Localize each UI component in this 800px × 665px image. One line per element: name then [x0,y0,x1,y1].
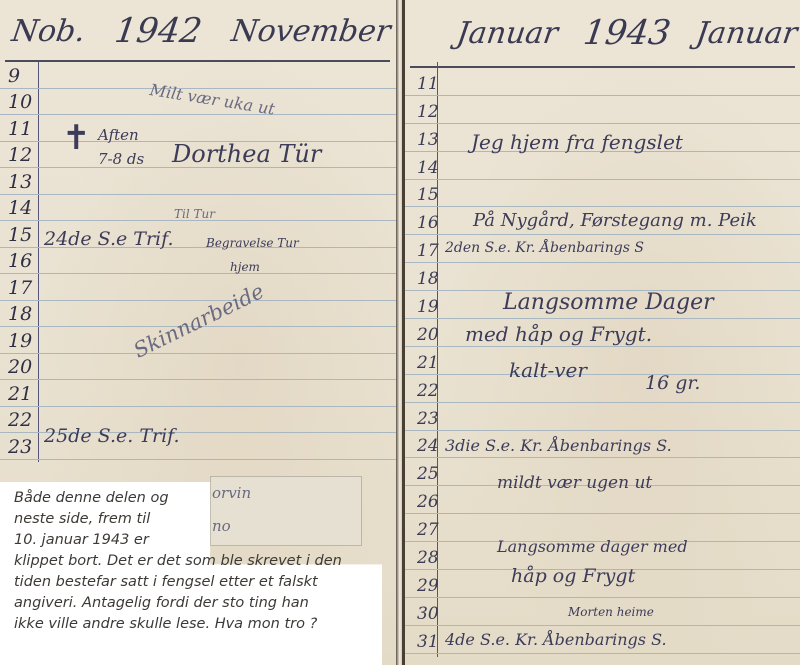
day-number: 26 [417,492,439,512]
day-row: 21 [405,347,800,375]
day-number: 16 [8,250,32,272]
entry-kalt-ver: kalt-ver [509,358,587,382]
day-row: 14 [405,152,800,180]
day-row: 12 [405,96,800,124]
entry-time: 7-8 ds [98,150,144,168]
day-number: 13 [417,130,439,150]
day-row: 16 [0,248,398,275]
header-month-right: Januar [694,16,800,51]
day-number: 21 [417,353,439,373]
day-number: 22 [8,409,32,431]
day-number: 9 [8,65,20,87]
day-number: 10 [8,91,32,113]
day-row: 20 [0,354,398,381]
day-number: 11 [8,118,32,140]
header-year: 1942 [112,11,204,51]
entry-med-hap-1: med håp og Frygt. [465,322,652,346]
day-number: 23 [417,409,439,429]
day-number: 28 [417,548,439,568]
entry-hap-2: håp og Frygt [511,565,635,587]
entry-sunday-24: 24de S.e Trif. [44,228,174,250]
day-row: 21 [0,380,398,407]
entry-mildt-var: mildt vær ugen ut [497,473,652,493]
day-number: 30 [417,604,439,624]
header-abbr: Nob. [10,14,88,49]
note-line: ikke ville andre skulle lese. Hva mon tr… [14,614,384,635]
day-number: 14 [417,158,439,178]
entry-sunday-2: 2den S.e. Kr. Åbenbarings S [445,240,644,256]
entry-dorthea: Dorthea Tür [172,140,321,168]
day-number: 12 [8,144,32,166]
day-number: 17 [417,241,439,261]
day-number: 11 [417,74,439,94]
note-line: Både denne delen og [14,488,384,509]
day-number: 15 [417,185,439,205]
entry-aften: Aften [98,126,139,144]
note-line: klippet bort. Det er det som ble skrevet… [14,551,384,572]
note-line: 10. januar 1943 er [14,530,384,551]
entry-hjem: hjem [230,260,260,274]
day-number: 20 [8,356,32,378]
right-page-header: Januar 1943 Januar [400,0,800,66]
day-row: 11 [405,68,800,96]
day-number: 14 [8,197,32,219]
day-number: 23 [8,436,32,458]
day-number: 18 [8,303,32,325]
cross-icon: ✝ [62,118,91,158]
entry-grader: 16 gr. [645,372,700,394]
day-number: 27 [417,520,439,540]
header-year: 1943 [581,13,673,53]
note-line: tiden bestefar satt i fengsel etter et f… [14,572,384,593]
day-number: 18 [417,269,439,289]
day-number: 20 [417,325,439,345]
entry-morten: Morten heime [568,605,654,619]
day-row: 11 [0,115,398,142]
day-number: 15 [8,224,32,246]
day-row: 13 [0,168,398,195]
entry-til-tur: Til Tur [174,207,215,221]
entry-langsomme-2: Langsomme dager med [497,537,688,556]
day-row: 9 [0,62,398,89]
entry-sunday-25: 25de S.e. Trif. [44,425,180,447]
day-row: 15 [405,180,800,208]
day-number: 19 [8,330,32,352]
overlay-note: Både denne delen og neste side, frem til… [14,488,384,635]
day-number: 29 [417,576,439,596]
note-line: angiveri. Antagelig fordi der sto ting h… [14,593,384,614]
header-month: November [229,14,393,49]
day-number: 22 [417,381,439,401]
entry-begravelse: Begravelse Tur [206,236,299,250]
day-number: 31 [417,632,439,652]
day-row: 23 [405,403,800,431]
day-number: 16 [417,213,439,233]
day-rows: 9 10 11 12 13 14 15 16 17 18 19 20 21 22… [0,62,398,460]
left-page-header: Nob. 1942 November [0,0,402,62]
header-month-left: Januar [455,16,561,51]
day-number: 12 [417,102,439,122]
entry-hjem-fengslet: Jeg hjem fra fengslet [471,130,683,154]
right-page: Januar 1943 Januar 11 12 13 14 15 16 17 … [402,0,800,665]
entry-sunday-3: 3die S.e. Kr. Åbenbarings S. [445,436,672,455]
day-number: 17 [8,277,32,299]
day-number: 24 [417,436,439,456]
entry-sunday-4: 4de S.e. Kr. Åbenbarings S. [445,630,667,649]
day-row: 22 [405,375,800,403]
day-number: 21 [8,383,32,405]
note-line: neste side, frem til [14,509,384,530]
day-number: 19 [417,297,439,317]
day-number: 13 [8,171,32,193]
entry-langsomme-1: Langsomme Dager [503,290,714,315]
entry-nygard: På Nygård, Førstegang m. Peik [473,210,757,231]
day-row: 18 [405,263,800,291]
day-number: 25 [417,464,439,484]
day-row: 17 [0,274,398,301]
